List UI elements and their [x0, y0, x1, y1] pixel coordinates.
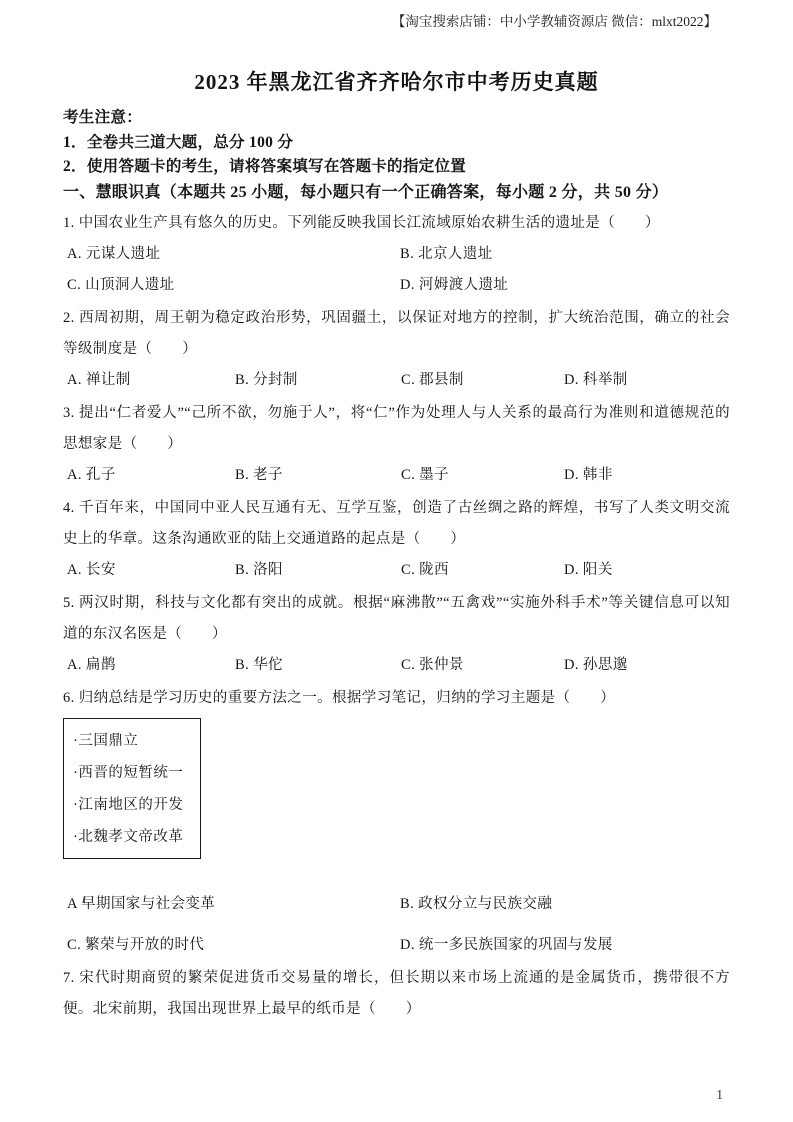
- option-a: A. 长安: [67, 555, 235, 586]
- option-d: D. 河姆渡人遗址: [400, 270, 730, 301]
- option-c: C. 繁荣与开放的时代: [67, 930, 400, 961]
- question-2: 2. 西周初期，周王朝为稳定政治形势，巩固疆土，以保证对地方的控制，扩大统治范围…: [63, 303, 730, 396]
- option-c: C. 山顶洞人遗址: [67, 270, 400, 301]
- option-a: A 早期国家与社会变革: [67, 889, 400, 920]
- option-c: C. 陇西: [401, 555, 564, 586]
- option-a: A. 孔子: [67, 460, 235, 491]
- question-text: 5. 两汉时期，科技与文化都有突出的成就。根据“麻沸散”“五禽戏”“实施外科手术…: [63, 588, 730, 650]
- option-row: A. 扁鹊 B. 华佗 C. 张仲景 D. 孙思邈: [63, 650, 730, 681]
- question-3: 3. 提出“仁者爱人”“己所不欲，勿施于人”，将“仁”作为处理人与人关系的最高行…: [63, 398, 730, 491]
- notice-section: 考生注意： 1．全卷共三道大题，总分 100 分 2．使用答题卡的考生，请将答案…: [63, 106, 730, 205]
- option-row: C. 繁荣与开放的时代 D. 统一多民族国家的巩固与发展: [63, 930, 730, 961]
- option-d: D. 统一多民族国家的巩固与发展: [400, 930, 730, 961]
- section-heading: 一、慧眼识真（本题共 25 小题，每小题只有一个正确答案，每小题 2 分，共 5…: [63, 180, 730, 205]
- question-text: 3. 提出“仁者爱人”“己所不欲，勿施于人”，将“仁”作为处理人与人关系的最高行…: [63, 398, 730, 460]
- option-c: C. 张仲景: [401, 650, 564, 681]
- note-line: ·西晋的短暂统一: [73, 757, 196, 789]
- page-title: 2023 年黑龙江省齐齐哈尔市中考历史真题: [0, 67, 793, 97]
- option-d: D. 韩非: [564, 460, 730, 491]
- question-list: 1. 中国农业生产具有悠久的历史。下列能反映我国长江流域原始农耕生活的遗址是（ …: [63, 208, 730, 1025]
- note-line: ·三国鼎立: [73, 725, 196, 757]
- option-b: B. 华佗: [235, 650, 401, 681]
- option-a: A. 元谋人遗址: [67, 239, 400, 270]
- question-6: 6. 归纳总结是学习历史的重要方法之一。根据学习笔记，归纳的学习主题是（ ） ·…: [63, 683, 730, 961]
- question-7: 7. 宋代时期商贸的繁荣促进货币交易量的增长，但长期以来市场上流通的是金属货币，…: [63, 963, 730, 1025]
- note-line: ·北魏孝文帝改革: [73, 821, 196, 853]
- option-b: B. 政权分立与民族交融: [400, 889, 730, 920]
- notice-item-2: 2．使用答题卡的考生，请将答案填写在答题卡的指定位置: [63, 155, 730, 180]
- option-b: B. 北京人遗址: [400, 239, 730, 270]
- question-4: 4. 千百年来，中国同中亚人民互通有无、互学互鉴，创造了古丝绸之路的辉煌，书写了…: [63, 493, 730, 586]
- option-b: B. 分封制: [235, 365, 401, 396]
- option-b: B. 老子: [235, 460, 401, 491]
- option-b: B. 洛阳: [235, 555, 401, 586]
- notice-heading: 考生注意：: [63, 106, 730, 131]
- exam-paper-page: 【淘宝搜索店铺：中小学教辅资源店 微信：mlxt2022】 2023 年黑龙江省…: [0, 0, 793, 1122]
- question-text: 7. 宋代时期商贸的繁荣促进货币交易量的增长，但长期以来市场上流通的是金属货币，…: [63, 963, 730, 1025]
- option-a: A. 禅让制: [67, 365, 235, 396]
- option-d: D. 孙思邈: [564, 650, 730, 681]
- question-text: 6. 归纳总结是学习历史的重要方法之一。根据学习笔记，归纳的学习主题是（ ）: [63, 683, 730, 714]
- question-1: 1. 中国农业生产具有悠久的历史。下列能反映我国长江流域原始农耕生活的遗址是（ …: [63, 208, 730, 301]
- option-row: A. 孔子 B. 老子 C. 墨子 D. 韩非: [63, 460, 730, 491]
- option-d: D. 阳关: [564, 555, 730, 586]
- option-row: C. 山顶洞人遗址 D. 河姆渡人遗址: [63, 270, 730, 301]
- note-line: ·江南地区的开发: [73, 789, 196, 821]
- option-row: A. 长安 B. 洛阳 C. 陇西 D. 阳关: [63, 555, 730, 586]
- shop-notice: 【淘宝搜索店铺：中小学教辅资源店 微信：mlxt2022】: [0, 0, 793, 31]
- option-row: A. 元谋人遗址 B. 北京人遗址: [63, 239, 730, 270]
- question-text: 2. 西周初期，周王朝为稳定政治形势，巩固疆土，以保证对地方的控制，扩大统治范围…: [63, 303, 730, 365]
- option-row: A. 禅让制 B. 分封制 C. 郡县制 D. 科举制: [63, 365, 730, 396]
- option-c: C. 郡县制: [401, 365, 564, 396]
- question-text: 4. 千百年来，中国同中亚人民互通有无、互学互鉴，创造了古丝绸之路的辉煌，书写了…: [63, 493, 730, 555]
- option-a: A. 扁鹊: [67, 650, 235, 681]
- notice-item-1: 1．全卷共三道大题，总分 100 分: [63, 131, 730, 156]
- option-row: A 早期国家与社会变革 B. 政权分立与民族交融: [63, 889, 730, 920]
- question-5: 5. 两汉时期，科技与文化都有突出的成就。根据“麻沸散”“五禽戏”“实施外科手术…: [63, 588, 730, 681]
- study-notes-box: ·三国鼎立 ·西晋的短暂统一 ·江南地区的开发 ·北魏孝文帝改革: [63, 718, 201, 859]
- option-d: D. 科举制: [564, 365, 730, 396]
- question-text: 1. 中国农业生产具有悠久的历史。下列能反映我国长江流域原始农耕生活的遗址是（ …: [63, 208, 730, 239]
- option-c: C. 墨子: [401, 460, 564, 491]
- page-number: 1: [716, 1087, 723, 1103]
